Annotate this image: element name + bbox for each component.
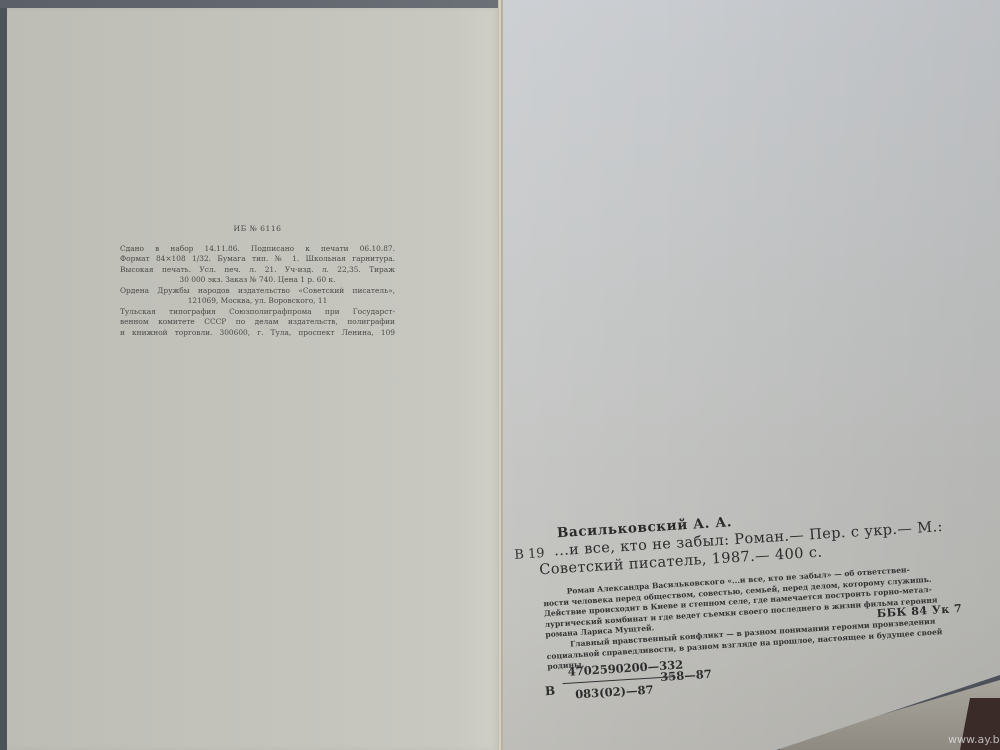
imprint-number: ИБ № 6116	[120, 224, 395, 235]
imprint-line: Сдано в набор 14.11.86. Подписано к печа…	[120, 244, 395, 255]
imprint-line: 121069, Москва, ул. Воровского, 11	[120, 296, 395, 307]
imprint-line: Тульская типография Союзполиграфпрома пр…	[120, 307, 395, 318]
imprint-line: 30 000 экз. Заказ № 740. Цена 1 р. 60 к.	[120, 275, 395, 286]
classification-code: В 19	[514, 546, 545, 563]
imprint-line: венном комитете СССР по делам издательст…	[120, 317, 395, 328]
imprint-block: ИБ № 6116 Сдано в набор 14.11.86. Подпис…	[120, 224, 395, 338]
imprint-line: Формат 84×108 1/32. Бумага тип. № 1. Шко…	[120, 254, 395, 265]
book-gutter	[498, 0, 503, 750]
watermark: www.ay.by	[948, 733, 1000, 746]
index-prefix: В	[545, 684, 556, 699]
imprint-line: и книжной торговли. 300600, г. Тула, про…	[120, 328, 395, 339]
imprint-line: Высокая печать. Усл. печ. л. 21. Уч-изд.…	[120, 265, 395, 276]
imprint-line: Ордена Дружбы народов издательство «Сове…	[120, 286, 395, 297]
left-page	[7, 8, 500, 750]
